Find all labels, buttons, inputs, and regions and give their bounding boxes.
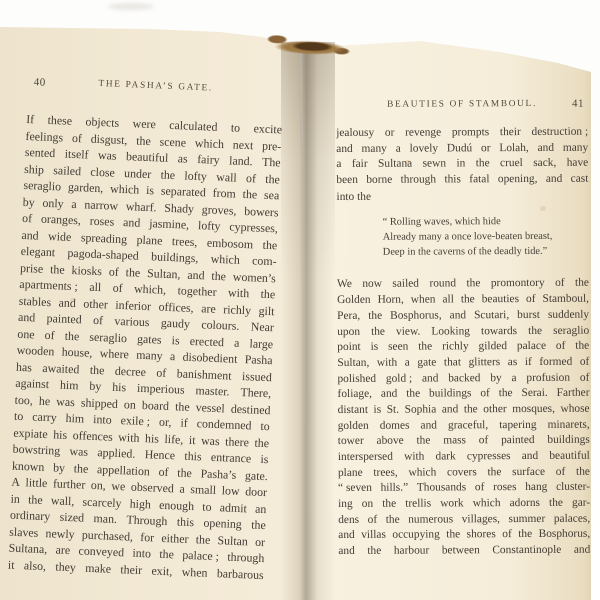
verse-line: Deep in the caverns of the deadly tide.” bbox=[383, 244, 589, 260]
text-line: beenbornethroughthisfatalopening,andcast bbox=[336, 173, 588, 190]
text-line: “ sevenhills.”Thousandsofroseshangcluste… bbox=[338, 481, 590, 498]
text-line: andmanyalovelyDudúorLolah,andmany bbox=[336, 141, 588, 158]
spine-damage bbox=[250, 31, 355, 59]
text-line: GoldenHorn,whenallthebeautiesofStamboul, bbox=[337, 293, 589, 310]
right-running-header: BEAUTIES OF STAMBOUL. bbox=[336, 99, 588, 110]
right-page-content: BEAUTIES OF STAMBOUL. 41 jealousyorreven… bbox=[336, 99, 590, 561]
verse-line: Already many a once love-beaten breast, bbox=[383, 229, 589, 245]
text-line: Sultan,withagatethatglittersasifformedof bbox=[337, 356, 589, 373]
paragraph-end-line: into the bbox=[336, 188, 588, 205]
text-line: distantisSt.Sophiaandtheothermosques,who… bbox=[338, 403, 590, 420]
right-paragraph-1: jealousyorrevengepromptstheirdestruction… bbox=[336, 126, 588, 190]
right-page-header: BEAUTIES OF STAMBOUL. 41 bbox=[336, 99, 588, 114]
text-line: andvillasoccupyingtheshoresoftheBosphoru… bbox=[338, 528, 590, 545]
text-line: densofthenumerousvillages,summerpalaces, bbox=[338, 512, 590, 529]
open-book-photo: 40 THE PASHA’S GATE. Iftheseobjectswerec… bbox=[0, 0, 600, 600]
text-line: interspersedwithdarkcypressesandbeautifu… bbox=[338, 450, 590, 467]
text-line: foliage,andthebuildingsoftheSerai.Farthe… bbox=[338, 387, 590, 404]
text-line: upontheview.Lookingtowardstheseraglio bbox=[337, 324, 589, 341]
background-smudge bbox=[108, 3, 154, 10]
verse-quote: “ Rolling waves, which hideAlready many … bbox=[337, 214, 589, 260]
left-page-content: 40 THE PASHA’S GATE. Iftheseobjectswerec… bbox=[8, 76, 284, 584]
text-line: polishedgold ;andbackedbyaprofusionof bbox=[337, 371, 589, 388]
text-line: afairSultanasewninthecruelsack,have bbox=[336, 157, 588, 174]
gutter-shadow bbox=[281, 42, 335, 600]
text-line: andtheharbourbetweenConstantinopleand bbox=[338, 544, 590, 561]
text-line: towerabovethemassofpaintedbuildings bbox=[338, 434, 590, 451]
text-line: pointisseentherichlygildedpalaceofthe bbox=[337, 340, 589, 357]
text-line: Wenowsailedroundthepromontoryofthe bbox=[337, 277, 589, 294]
right-paragraph-2: WenowsailedroundthepromontoryoftheGolden… bbox=[337, 277, 590, 561]
right-page-number: 41 bbox=[572, 98, 584, 110]
text-line: goldendomesandgraceful,taperingminarets, bbox=[338, 418, 590, 435]
verse-line: “ Rolling waves, which hide bbox=[383, 214, 589, 230]
text-line: ingonthetrellisworkwhichadornsthegar- bbox=[338, 497, 590, 514]
text-line: Pera,theBosphorus,andScutari,burstsudden… bbox=[337, 308, 589, 325]
text-line: planetrees,whichcoversthesurfaceofthe bbox=[338, 465, 590, 482]
left-page-body-text: Iftheseobjectswerecalculatedtoexcitefeel… bbox=[8, 112, 283, 584]
text-line: jealousyorrevengepromptstheirdestruction… bbox=[336, 126, 588, 143]
